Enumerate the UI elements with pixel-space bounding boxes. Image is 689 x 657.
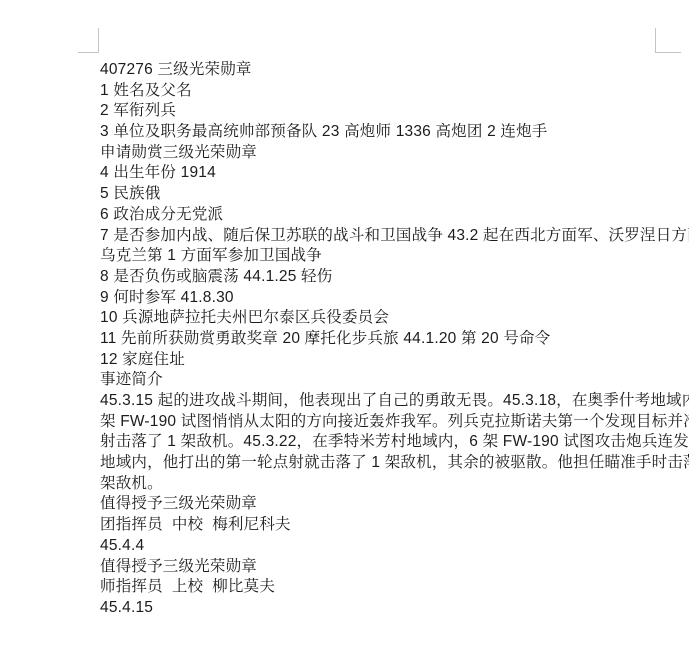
doc-line: 架 FW-190 试图悄悄从太阳的方向接近轰炸我军。列兵克拉斯诺夫第一个发现目标… [100, 412, 662, 433]
doc-line: 地域内，他打出的第一轮点射就击落了 1 架敌机，其余的被驱散。他担任瞄准手时击落… [100, 453, 662, 474]
doc-line: 2 军衔列兵 [100, 101, 662, 122]
document-text-area[interactable]: 407276 三级光荣勋章 1 姓名及父名 2 军衔列兵 3 单位及职务最高统帅… [100, 60, 662, 619]
doc-line: 师指挥员 上校 柳比莫夫 [100, 577, 662, 598]
doc-line: 8 是否负伤或脑震荡 44.1.25 轻伤 [100, 267, 662, 288]
doc-line: 5 民族俄 [100, 184, 662, 205]
doc-line: 45.3.15 起的进攻战斗期间，他表现出了自己的勇敢无畏。45.3.18，在奥… [100, 391, 662, 412]
doc-line: 6 政治成分无党派 [100, 205, 662, 226]
doc-line: 10 兵源地萨拉托夫州巴尔泰区兵役委员会 [100, 308, 662, 329]
doc-line: 12 家庭住址 [100, 350, 662, 371]
document-page: 407276 三级光荣勋章 1 姓名及父名 2 军衔列兵 3 单位及职务最高统帅… [0, 0, 689, 657]
doc-line: 45.4.15 [100, 598, 662, 619]
doc-line: 4 出生年份 1914 [100, 163, 662, 184]
doc-line: 45.4.4 [100, 536, 662, 557]
doc-line: 7 是否参加内战、随后保卫苏联的战斗和卫国战争 43.2 起在西北方面军、沃罗涅… [100, 226, 662, 247]
doc-line: 射击落了 1 架敌机。45.3.22，在季特米芳村地域内，6 架 FW-190 … [100, 432, 662, 453]
doc-line: 1 姓名及父名 [100, 81, 662, 102]
doc-line: 乌克兰第 1 方面军参加卫国战争 [100, 246, 662, 267]
doc-line: 团指挥员 中校 梅利尼科夫 [100, 515, 662, 536]
doc-line: 3 单位及职务最高统帅部预备队 23 高炮师 1336 高炮团 2 连炮手 [100, 122, 662, 143]
doc-line: 值得授予三级光荣勋章 [100, 494, 662, 515]
doc-line: 407276 三级光荣勋章 [100, 60, 662, 81]
document-window: { "page": { "background_color": "#ffffff… [0, 0, 689, 657]
doc-line: 11 先前所获勋赏勇敢奖章 20 摩托化步兵旅 44.1.20 第 20 号命令 [100, 329, 662, 350]
doc-line: 申请勋赏三级光荣勋章 [100, 143, 662, 164]
crop-mark-top-left-icon [78, 28, 99, 53]
doc-line: 事迹简介 [100, 370, 662, 391]
crop-mark-top-right-icon [655, 28, 681, 53]
doc-line: 值得授予三级光荣勋章 [100, 557, 662, 578]
doc-line: 架敌机。 [100, 474, 662, 495]
doc-line: 9 何时参军 41.8.30 [100, 288, 662, 309]
